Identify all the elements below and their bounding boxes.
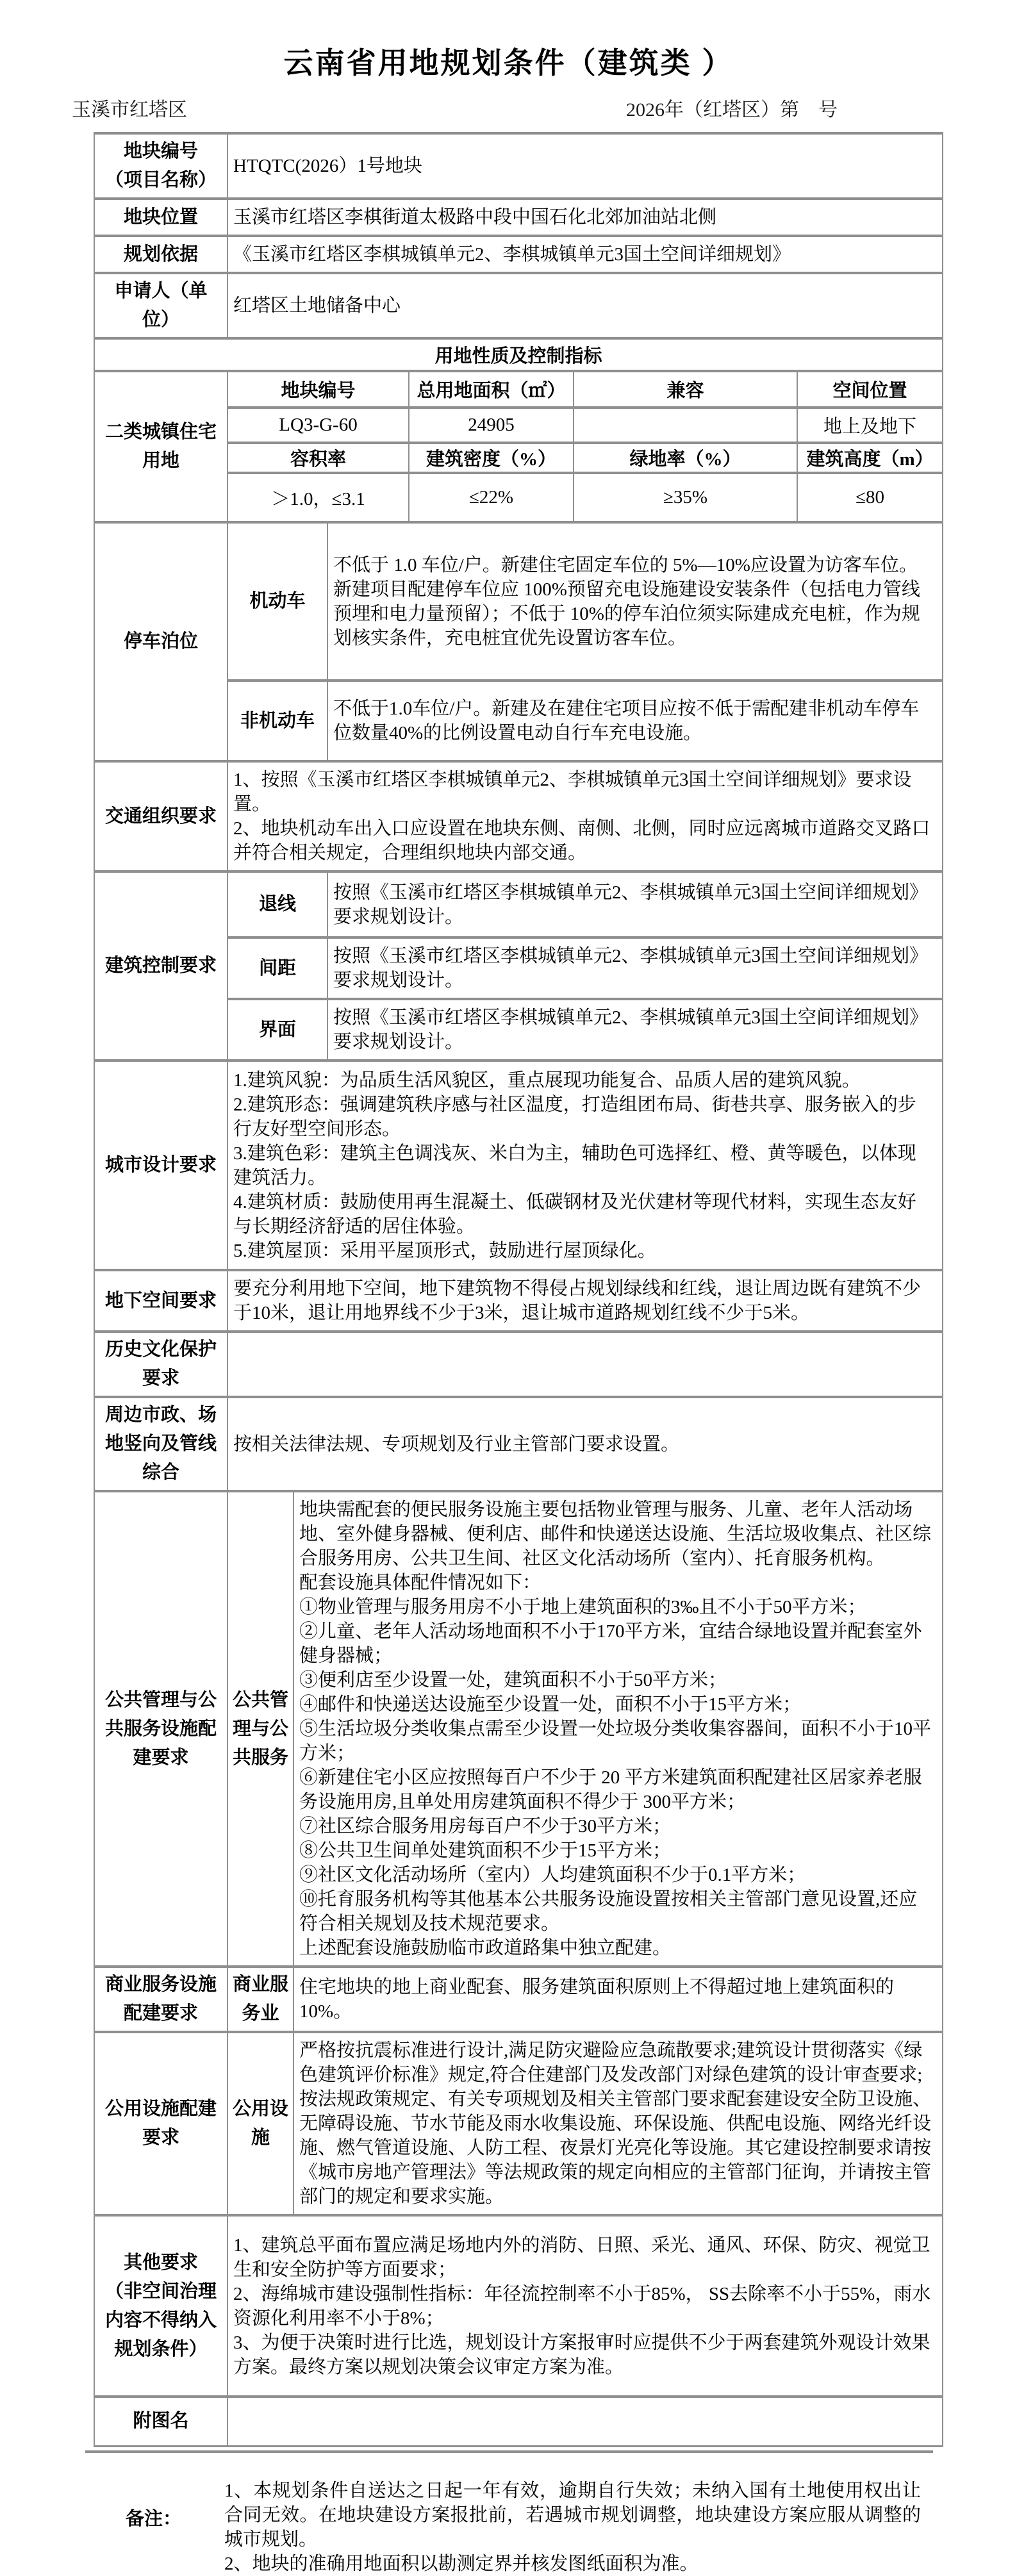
attachment-label: 附图名 — [94, 2397, 227, 2446]
row-heritage: 历史文化保护 要求 — [94, 1332, 943, 1397]
municipal-text: 按相关法律法规、专项规划及行业主管部门要求设置。 — [227, 1397, 943, 1491]
indicator-header-plot-code: 地块编号 — [227, 371, 409, 408]
row-attachment: 附图名 — [94, 2397, 943, 2446]
plot-location-label: 地块位置 — [94, 199, 227, 236]
document-page: 云南省用地规划条件（建筑类 ） 玉溪市红塔区 2026年（红塔区）第 号 地块编… — [0, 0, 1017, 2576]
row-parking-motor: 停车泊位 机动车 不低于 1.0 车位/户。新建住宅固定车位的 5%—10%应设… — [94, 522, 943, 681]
plot-location-value: 玉溪市红塔区李棋街道太极路中段中国石化北郊加油站北侧 — [227, 199, 943, 236]
row-underground: 地下空间要求 要充分利用地下空间，地下建筑物不得侵占规划绿线和红线，退让周边既有… — [94, 1270, 943, 1332]
indicator-value-far: ＞1.0，≤3.1 — [227, 473, 409, 522]
indicator-section-title: 用地性质及控制指标 — [94, 338, 943, 371]
underground-text: 要充分利用地下空间，地下建筑物不得侵占规划绿线和红线，退让周边既有建筑不少于10… — [227, 1270, 943, 1332]
row-indicator-section-title: 用地性质及控制指标 — [94, 338, 943, 371]
urban-design-text: 1.建筑风貌：为品质生活风貌区，重点展现功能复合、品质人居的建筑风貌。 2.建筑… — [227, 1061, 943, 1270]
row-planning-basis: 规划依据 《玉溪市红塔区李棋城镇单元2、李棋城镇单元3国土空间详细规划》 — [94, 236, 943, 273]
utilities-sub-label: 公用设 施 — [227, 2032, 294, 2215]
row-public-service: 公共管理与公 共服务设施配 建要求 公共管 理与公 共服务 地块需配套的便民服务… — [94, 1491, 943, 1967]
indicator-header-spatial-position: 空间位置 — [797, 371, 943, 408]
setback-text: 按照《玉溪市红塔区李棋城镇单元2、李棋城镇单元3国土空间详细规划》要求规划设计。 — [327, 871, 943, 937]
indicator-header-green-ratio: 绿地率（%） — [574, 443, 797, 473]
indicator-header-building-density: 建筑密度（%） — [409, 443, 574, 473]
indicator-value-spatial-position: 地上及地下 — [797, 408, 943, 443]
plot-number-label: 地块编号 （项目名称） — [94, 133, 227, 199]
row-urban-design: 城市设计要求 1.建筑风貌：为品质生活风貌区，重点展现功能复合、品质人居的建筑风… — [94, 1061, 943, 1270]
planning-basis-label: 规划依据 — [94, 236, 227, 273]
applicant-label: 申请人（单 位） — [94, 273, 227, 338]
row-plot-location: 地块位置 玉溪市红塔区李棋街道太极路中段中国石化北郊加油站北侧 — [94, 199, 943, 236]
indicator-header-far: 容积率 — [227, 443, 409, 473]
parking-motor-text: 不低于 1.0 车位/户。新建住宅固定车位的 5%—10%应设置为访客车位。新建… — [327, 522, 943, 681]
heritage-label: 历史文化保护 要求 — [94, 1332, 227, 1397]
indicator-value-plot-code: LQ3-G-60 — [227, 408, 409, 443]
indicator-header-compatibility: 兼容 — [574, 371, 797, 408]
interface-label: 界面 — [227, 999, 327, 1061]
parking-motor-label: 机动车 — [227, 522, 327, 681]
parking-nonmotor-label: 非机动车 — [227, 681, 327, 761]
spacing-label: 间距 — [227, 937, 327, 999]
public-service-sub-label: 公共管 理与公 共服务 — [227, 1491, 294, 1967]
planning-basis-value: 《玉溪市红塔区李棋城镇单元2、李棋城镇单元3国土空间详细规划》 — [227, 236, 943, 273]
applicant-value: 红塔区土地储备中心 — [227, 273, 943, 338]
spacing-text: 按照《玉溪市红塔区李棋城镇单元2、李棋城镇单元3国土空间详细规划》要求规划设计。 — [327, 937, 943, 999]
row-other-requirements: 其他要求 （非空间治理 内容不得纳入 规划条件） 1、建筑总平面布置应满足场地内… — [94, 2215, 943, 2397]
other-requirements-text: 1、建筑总平面布置应满足场地内外的消防、日照、采光、通风、环保、防灾、视觉卫生和… — [227, 2215, 943, 2397]
urban-design-label: 城市设计要求 — [94, 1061, 227, 1270]
traffic-label: 交通组织要求 — [94, 761, 227, 871]
row-indicator-header1: 二类城镇住宅 用地 地块编号 总用地面积（㎡） 兼容 空间位置 — [94, 371, 943, 408]
indicator-value-building-height: ≤80 — [797, 473, 943, 522]
public-service-text: 地块需配套的便民服务设施主要包括物业管理与服务、儿童、老年人活动场地、室外健身器… — [294, 1491, 943, 1967]
bottom-divider — [85, 2450, 933, 2453]
row-traffic: 交通组织要求 1、按照《玉溪市红塔区李棋城镇单元2、李棋城镇单元3国土空间详细规… — [94, 761, 943, 871]
commercial-text: 住宅地块的地上商业配套、服务建筑面积原则上不得超过地上建筑面积的10%。 — [294, 1967, 943, 2032]
indicator-value-total-area: 24905 — [409, 408, 574, 443]
setback-label: 退线 — [227, 871, 327, 937]
subtitle-row: 玉溪市红塔区 2026年（红塔区）第 号 — [0, 82, 1017, 128]
row-commercial: 商业服务设施 配建要求 商业服 务业 住宅地块的地上商业配套、服务建筑面积原则上… — [94, 1967, 943, 2032]
issuer-name: 玉溪市红塔区 — [72, 94, 187, 122]
traffic-text: 1、按照《玉溪市红塔区李棋城镇单元2、李棋城镇单元3国土空间详细规划》要求设置。… — [227, 761, 943, 871]
commercial-sub-label: 商业服 务业 — [227, 1967, 294, 2032]
utilities-label: 公用设施配建 要求 — [94, 2032, 227, 2215]
other-requirements-label: 其他要求 （非空间治理 内容不得纳入 规划条件） — [94, 2215, 227, 2397]
row-municipal: 周边市政、场 地竖向及管线 综合 按相关法律法规、专项规划及行业主管部门要求设置… — [94, 1397, 943, 1491]
plot-number-value: HTQTC(2026）1号地块 — [227, 133, 943, 199]
row-plot-number: 地块编号 （项目名称） HTQTC(2026）1号地块 — [94, 133, 943, 199]
indicator-value-building-density: ≤22% — [409, 473, 574, 522]
remarks-section: 备注： 1、本规划条件自送达之日起一年有效，逾期自行失效；未纳入国有土地使用权出… — [126, 2479, 921, 2576]
land-use-type-label: 二类城镇住宅 用地 — [94, 371, 227, 522]
commercial-label: 商业服务设施 配建要求 — [94, 1967, 227, 2032]
doc-number: 2026年（红塔区）第 号 — [626, 94, 838, 122]
utilities-text: 严格按抗震标准进行设计,满足防灾避险应急疏散要求;建筑设计贯彻落实《绿色建筑评价… — [294, 2032, 943, 2215]
indicator-header-total-area: 总用地面积（㎡） — [409, 371, 574, 408]
attachment-text — [227, 2397, 943, 2446]
planning-conditions-table: 地块编号 （项目名称） HTQTC(2026）1号地块 地块位置 玉溪市红塔区李… — [94, 132, 943, 2447]
remarks-label: 备注： — [126, 2479, 224, 2576]
public-service-label: 公共管理与公 共服务设施配 建要求 — [94, 1491, 227, 1967]
indicator-header-building-height: 建筑高度（m） — [797, 443, 943, 473]
interface-text: 按照《玉溪市红塔区李棋城镇单元2、李棋城镇单元3国土空间详细规划》要求规划设计。 — [327, 999, 943, 1061]
row-applicant: 申请人（单 位） 红塔区土地储备中心 — [94, 273, 943, 338]
building-control-label: 建筑控制要求 — [94, 871, 227, 1061]
indicator-value-green-ratio: ≥35% — [574, 473, 797, 522]
heritage-text — [227, 1332, 943, 1397]
remarks-text: 1、本规划条件自送达之日起一年有效，逾期自行失效；未纳入国有土地使用权出让合同无… — [224, 2479, 921, 2576]
row-setback: 建筑控制要求 退线 按照《玉溪市红塔区李棋城镇单元2、李棋城镇单元3国土空间详细… — [94, 871, 943, 937]
indicator-value-compatibility — [574, 408, 797, 443]
parking-label: 停车泊位 — [94, 522, 227, 761]
row-utilities: 公用设施配建 要求 公用设 施 严格按抗震标准进行设计,满足防灾避险应急疏散要求… — [94, 2032, 943, 2215]
municipal-label: 周边市政、场 地竖向及管线 综合 — [94, 1397, 227, 1491]
underground-label: 地下空间要求 — [94, 1270, 227, 1332]
page-title: 云南省用地规划条件（建筑类 ） — [0, 0, 1017, 82]
parking-nonmotor-text: 不低于1.0车位/户。新建及在建住宅项目应按不低于需配建非机动车停车位数量40%… — [327, 681, 943, 761]
